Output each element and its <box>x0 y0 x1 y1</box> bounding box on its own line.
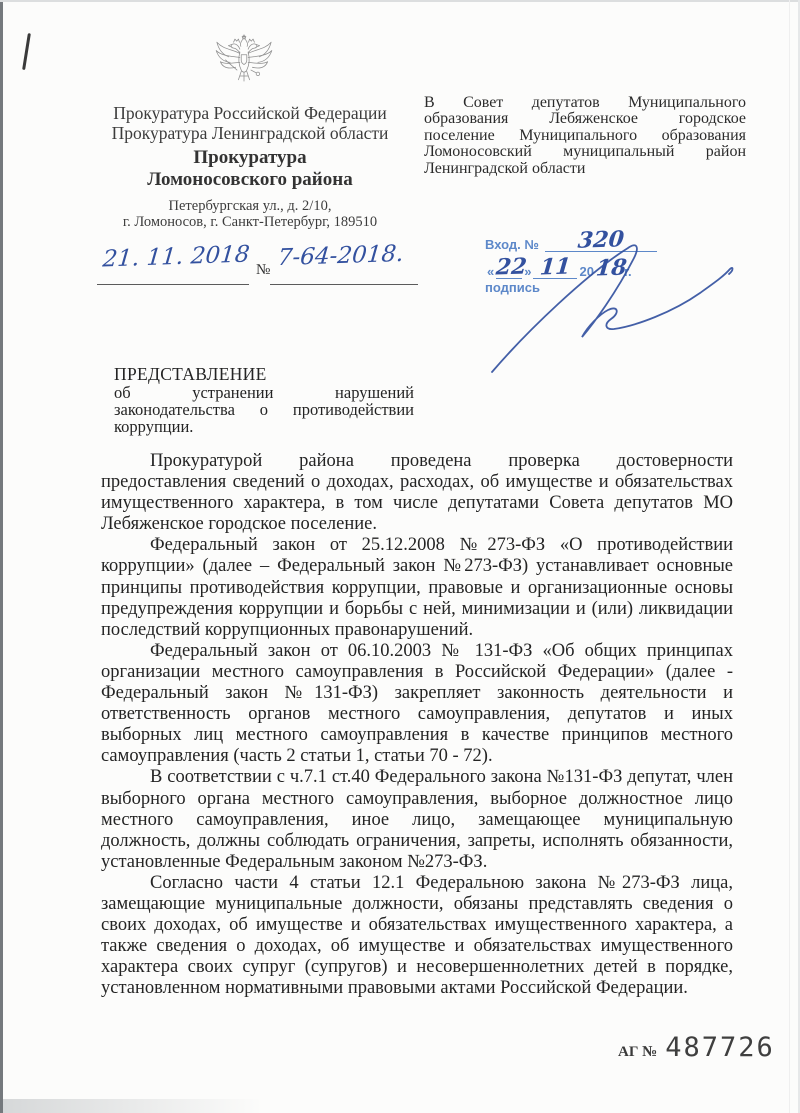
letterhead-address-line-2: г. Ломоносов, г. Санкт-Петербург, 189510 <box>85 214 415 230</box>
pen-mark <box>22 33 30 70</box>
letterhead-address-line-1: Петербургская ул., д. 2/10, <box>85 198 415 214</box>
scan-shadow-bottom-left <box>3 1099 263 1113</box>
document-body: Прокуратурой района проведена проверка д… <box>101 451 733 999</box>
letterhead-region-line: Прокуратура Ленинградской области <box>85 124 415 144</box>
serial-number: 487726 <box>665 1032 775 1063</box>
body-paragraph: Прокуратурой района проведена проверка д… <box>101 451 733 535</box>
body-paragraph: Федеральный закон от 25.12.2008 №273-ФЗ … <box>101 535 733 640</box>
signature-autograph <box>468 238 748 383</box>
scanned-document-page: Прокуратура Российской Федерации Прокура… <box>0 0 800 1113</box>
serial-prefix: АГ № <box>618 1044 657 1061</box>
scan-edge-top <box>0 0 800 2</box>
coat-of-arms-icon <box>212 30 276 92</box>
scan-edge-right-shadow <box>789 0 790 1113</box>
scan-edge-left <box>0 0 3 1113</box>
letterhead: Прокуратура Российской Федерации Прокура… <box>85 104 415 230</box>
number-underline <box>270 284 418 285</box>
number-sign: № <box>256 262 270 279</box>
body-paragraph: В соответствии с ч.7.1 ст.40 Федеральног… <box>101 767 733 872</box>
document-title: ПРЕДСТАВЛЕНИЕ <box>114 364 414 384</box>
letterhead-office-name-2: Ломоносовского района <box>85 169 415 191</box>
handwritten-outgoing-date: 21. 11. 2018 <box>102 241 251 272</box>
letterhead-country-line: Прокуратура Российской Федерации <box>85 104 415 124</box>
body-paragraph: Федеральный закон от 06.10.2003 № 131-ФЗ… <box>101 641 733 768</box>
date-underline <box>97 284 249 285</box>
form-serial: АГ № 487726 <box>618 1032 775 1063</box>
handwritten-outgoing-number: 7-64-2018. <box>277 241 405 271</box>
document-title-block: ПРЕДСТАВЛЕНИЕ об устранении нарушений за… <box>114 364 414 435</box>
letterhead-office-name: Прокуратура <box>85 147 415 169</box>
document-subtitle: об устранении нарушений законодательства… <box>114 384 414 435</box>
outgoing-date-number-row: 21. 11. 2018 № 7-64-2018. <box>97 246 427 294</box>
body-paragraph: Согласно части 4 статьи 12.1 Федеральною… <box>101 873 733 1000</box>
recipient-address-block: В Совет депутатов Муниципального образов… <box>424 95 746 177</box>
